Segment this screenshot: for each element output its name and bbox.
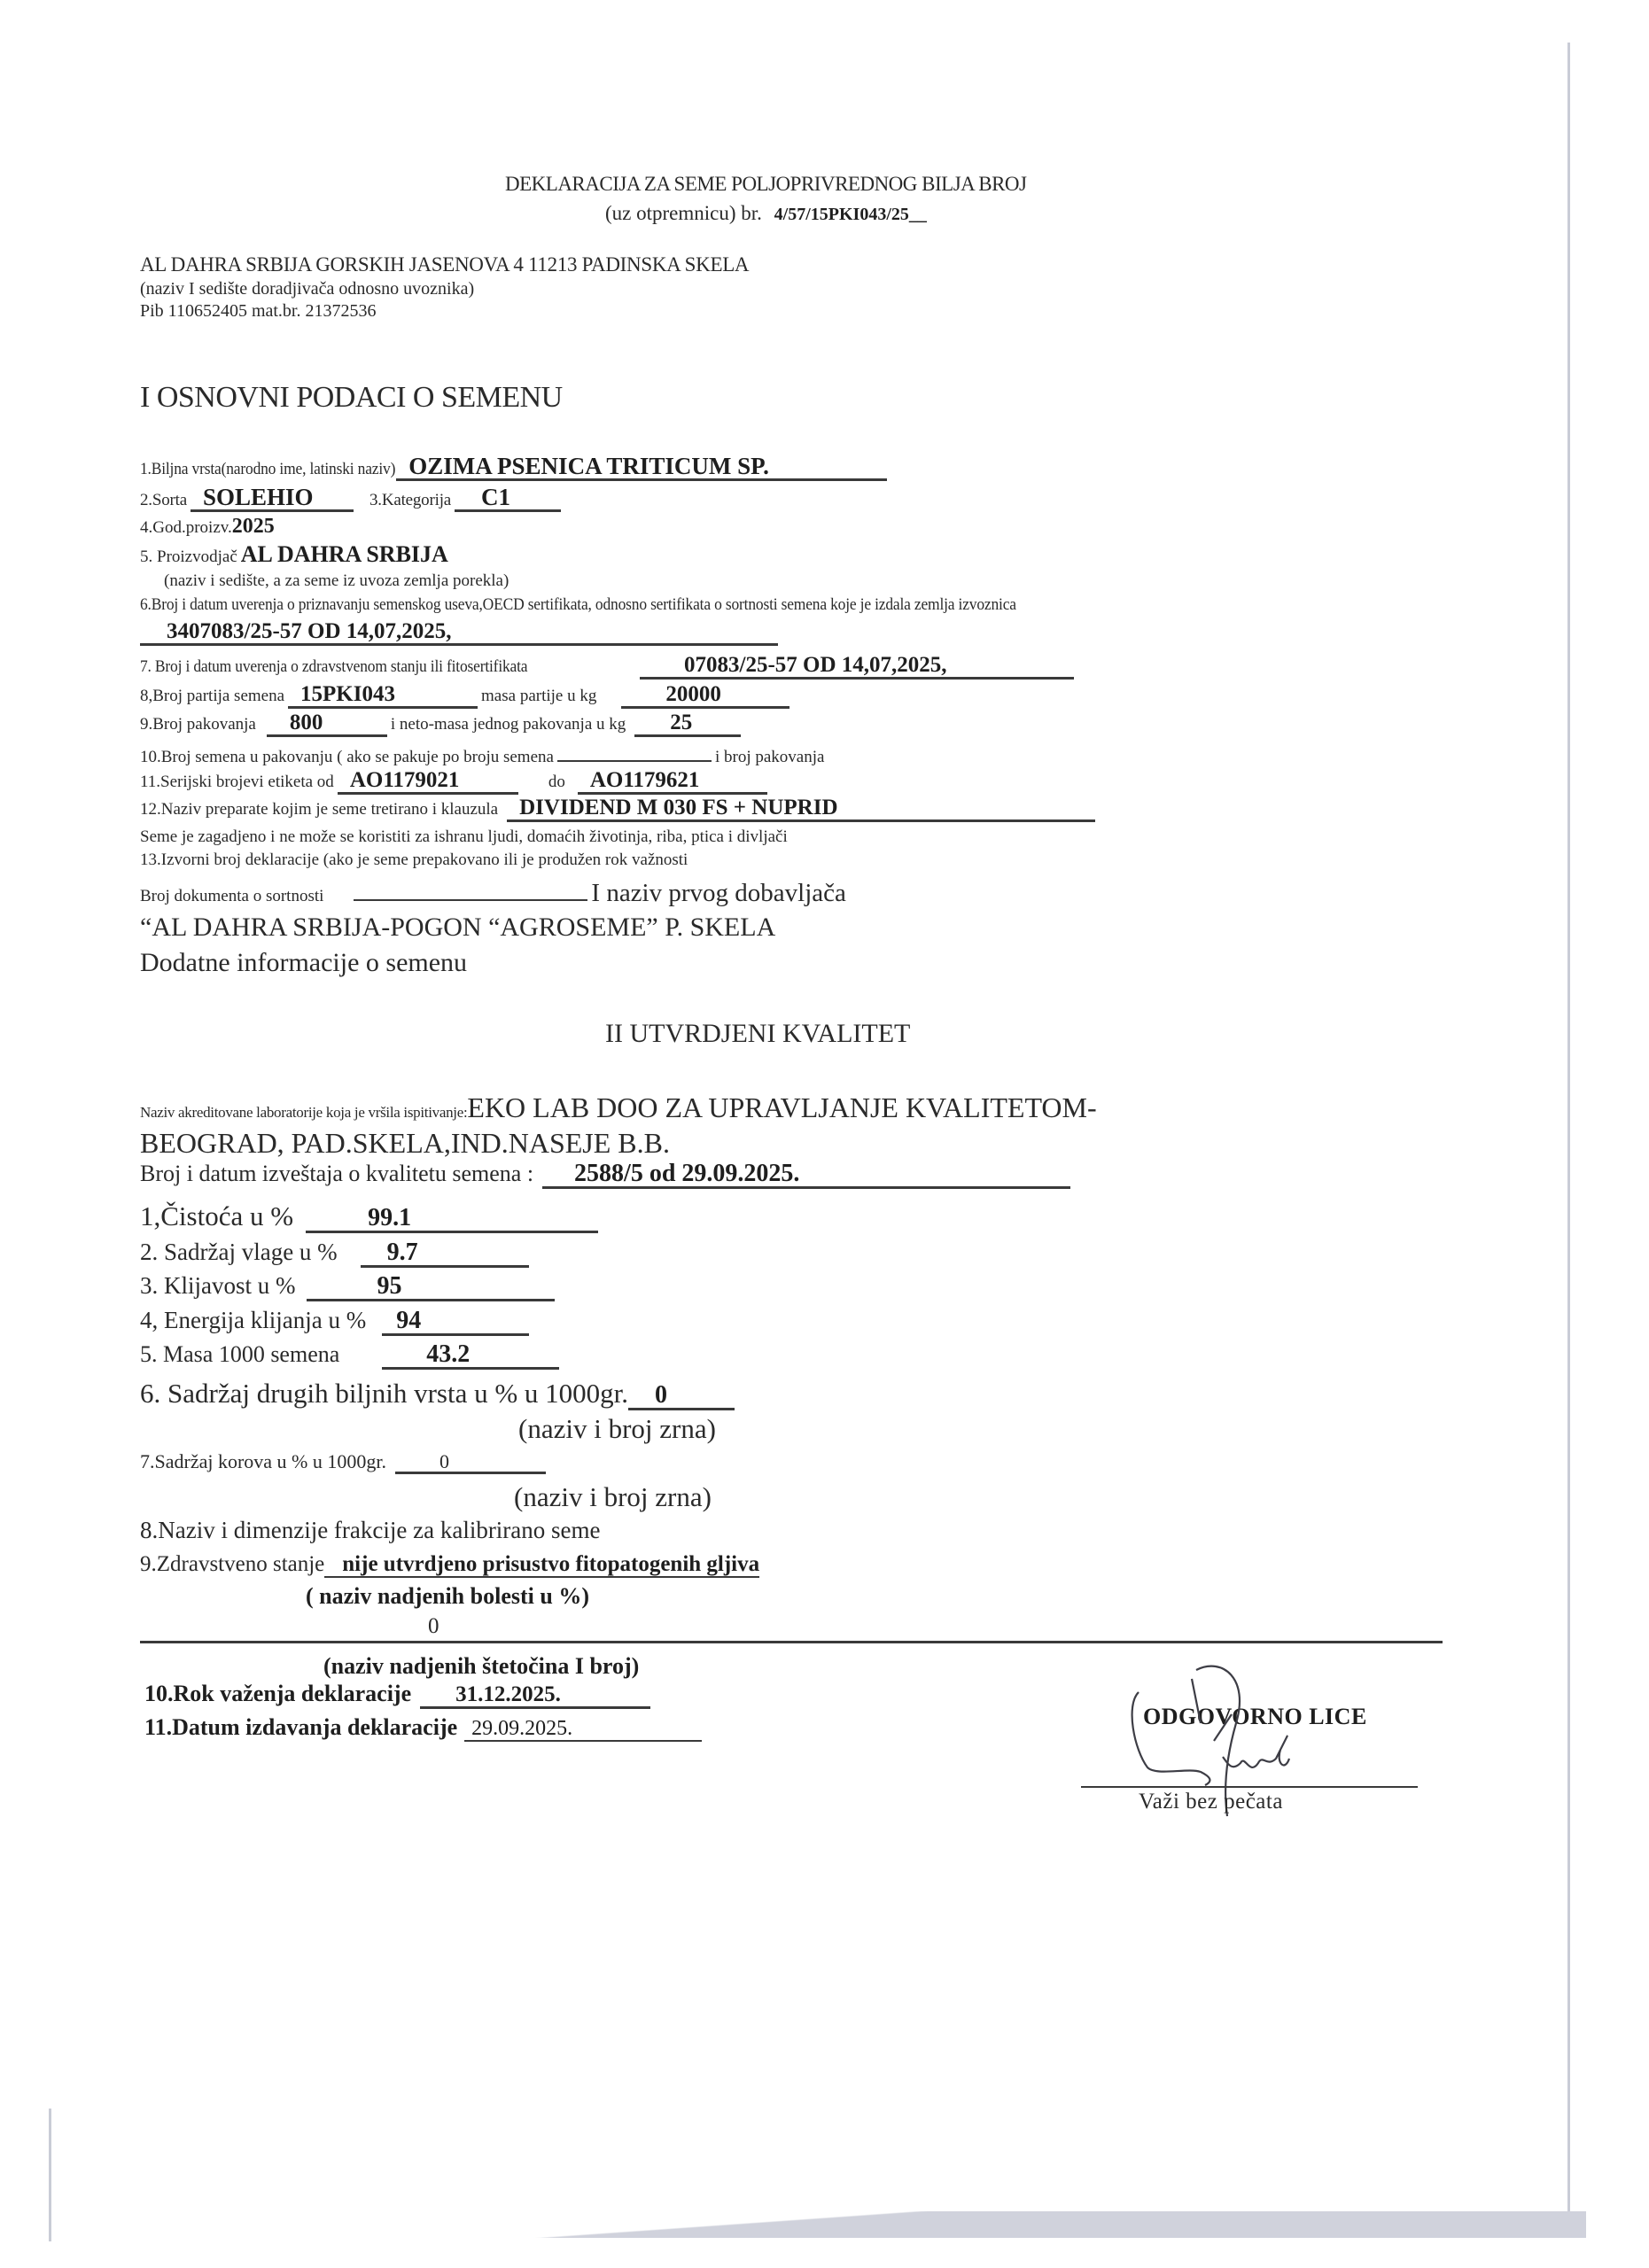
field-masa1000: 5. Masa 1000 semena 43.2 bbox=[140, 1341, 559, 1370]
label: 7.Sadržaj korova u % u 1000gr. bbox=[140, 1450, 386, 1472]
field-energija: 4, Energija klijanja u % 94 bbox=[140, 1307, 529, 1336]
label: i neto-masa jednog pakovanja u kg bbox=[391, 715, 626, 734]
godina-value: 2025 bbox=[232, 515, 275, 538]
biljna-vrsta-value: OZIMA PSENICA TRITICUM SP. bbox=[396, 454, 887, 481]
dispatch-number: 4/57/15PKI043/25__ bbox=[774, 205, 927, 224]
dokument-value bbox=[354, 880, 587, 901]
label: 11.Datum izdavanja deklaracije bbox=[144, 1714, 457, 1740]
label: 10.Rok važenja deklaracije bbox=[144, 1681, 411, 1706]
label: masa partije u kg bbox=[481, 687, 596, 705]
signature-note: Važi bez pečata bbox=[1139, 1790, 1283, 1814]
stetocine-value: 0 bbox=[428, 1614, 439, 1639]
field-proizvodjac: 5. Proizvodjač AL DAHRA SRBIJA bbox=[140, 541, 448, 568]
company-note: (naziv I sedište doradjivača odnosno uvo… bbox=[140, 279, 474, 299]
masa1000-value: 43.2 bbox=[382, 1341, 559, 1370]
label: 1,Čistoća u % bbox=[140, 1200, 293, 1231]
label: 5. Proizvodjač bbox=[140, 548, 237, 566]
datum-izdavanja-value: 29.09.2025. bbox=[464, 1718, 702, 1742]
korov-value: 0 bbox=[395, 1451, 546, 1474]
scan-edge-bottom bbox=[49, 2211, 1586, 2238]
field-cistoca: 1,Čistoća u % 99.1 bbox=[140, 1200, 598, 1233]
label: 1.Biljna vrsta(narodno ime, latinski naz… bbox=[140, 460, 395, 479]
neto-masa-value: 25 bbox=[634, 711, 741, 737]
field-uverenje-value: 3407083/25-57 OD 14,07,2025, bbox=[140, 620, 778, 646]
label: 4, Energija klijanja u % bbox=[140, 1307, 366, 1333]
label: 3. Klijavost u % bbox=[140, 1272, 296, 1299]
bolesti-note: ( naziv nadjenih bolesti u %) bbox=[306, 1583, 589, 1610]
field-pakovanja: 9.Broj pakovanja 800 i neto-masa jednog … bbox=[140, 711, 741, 737]
field-preparat: 12.Naziv preparate kojim je seme tretira… bbox=[140, 796, 1095, 822]
dobavljac-value: “AL DAHRA SRBIJA-POGON “AGROSEME” P. SKE… bbox=[140, 913, 775, 943]
label: 5. Masa 1000 semena bbox=[140, 1341, 339, 1367]
uverenje-label: 6.Broj i datum uverenja o priznavanju se… bbox=[140, 595, 1016, 615]
proizvodjac-note: (naziv i sedište, a za seme iz uvoza zem… bbox=[164, 571, 509, 591]
field-partija: 8,Broj partija semena 15PKI043 masa part… bbox=[140, 683, 789, 709]
section2-heading: II UTVRDJENI KVALITET bbox=[605, 1019, 910, 1049]
seed-warning: Seme je zagadjeno i ne može se koristiti… bbox=[140, 827, 788, 847]
dodatne-informacije: Dodatne informacije o semenu bbox=[140, 948, 467, 978]
label: Broj dokumenta o sortnosti bbox=[140, 887, 323, 905]
field-vlaga: 2. Sadržaj vlage u % 9.7 bbox=[140, 1239, 529, 1268]
company-address: AL DAHRA SRBIJA GORSKIH JASENOVA 4 11213… bbox=[140, 253, 749, 276]
field-dokument-sortnosti: Broj dokumenta o sortnosti I naziv prvog… bbox=[140, 879, 846, 908]
label: 2. Sadržaj vlage u % bbox=[140, 1239, 338, 1265]
label: 3.Kategorija bbox=[369, 491, 451, 510]
cistoca-value: 99.1 bbox=[306, 1205, 598, 1233]
sorta-value: SOLEHIO bbox=[191, 485, 354, 512]
serijski-od-value: AO1179021 bbox=[338, 769, 518, 795]
label: 2.Sorta bbox=[140, 491, 187, 510]
declaration-subtitle: (uz otpremnicu) br. 4/57/15PKI043/25__ bbox=[605, 202, 927, 225]
label: 12.Naziv preparate kojim je seme tretira… bbox=[140, 800, 498, 819]
signature-line bbox=[1081, 1786, 1418, 1788]
masa-partije-value: 20000 bbox=[621, 683, 789, 709]
label: 8,Broj partija semena bbox=[140, 687, 284, 705]
field-izvestaj: Broj i datum izveštaja o kvalitetu semen… bbox=[140, 1161, 1070, 1189]
izvestaj-value: 2588/5 od 29.09.2025. bbox=[542, 1161, 1070, 1189]
field-druge-vrste: 6. Sadržaj drugih biljnih vrsta u % u 10… bbox=[140, 1378, 735, 1410]
serijski-do-value: AO1179621 bbox=[578, 769, 767, 795]
section1-heading: I OSNOVNI PODACI O SEMENU bbox=[140, 381, 563, 415]
field-serijski: 11.Serijski brojevi etiketa od AO1179021… bbox=[140, 769, 767, 795]
laboratorija-value-2: BEOGRAD, PAD.SKELA,IND.NASEJE B.B. bbox=[140, 1127, 670, 1160]
field-korov: 7.Sadržaj korova u % u 1000gr. 0 bbox=[140, 1450, 546, 1474]
uverenje-value: 3407083/25-57 OD 14,07,2025, bbox=[140, 620, 778, 646]
field-klijavost: 3. Klijavost u % 95 bbox=[140, 1272, 555, 1301]
subtitle-label: (uz otpremnicu) br. bbox=[605, 202, 762, 224]
izvorni-broj-label: 13.Izvorni broj deklaracije (ako je seme… bbox=[140, 850, 688, 870]
partija-value: 15PKI043 bbox=[288, 683, 478, 709]
label: 9.Broj pakovanja bbox=[140, 715, 256, 734]
kategorija-value: C1 bbox=[455, 485, 561, 512]
vlaga-value: 9.7 bbox=[361, 1239, 529, 1268]
stetocine-note: (naziv nadjenih štetočina I broj) bbox=[323, 1653, 639, 1680]
label: 10.Broj semena u pakovanju ( ako se paku… bbox=[140, 748, 554, 766]
label: do bbox=[548, 773, 565, 791]
rok-vazenja-value: 31.12.2025. bbox=[420, 1683, 650, 1709]
field-rok-vazenja: 10.Rok važenja deklaracije 31.12.2025. bbox=[144, 1681, 650, 1709]
scan-edge-right bbox=[1567, 43, 1570, 2222]
field-godina: 4.God.proizv.2025 bbox=[140, 515, 275, 539]
label: Naziv akreditovane laboratorije koja je … bbox=[140, 1104, 467, 1121]
company-ids: Pib 110652405 mat.br. 21372536 bbox=[140, 301, 376, 322]
label: 4.God.proizv. bbox=[140, 518, 232, 537]
field-biljna-vrsta: 1.Biljna vrsta(narodno ime, latinski naz… bbox=[140, 454, 887, 481]
pakovanja-value: 800 bbox=[267, 711, 387, 737]
laboratorija-value-1: EKO LAB DOO ZA UPRAVLJANJE KVALITETOM- bbox=[467, 1091, 1096, 1123]
label: 11.Serijski brojevi etiketa od bbox=[140, 773, 334, 791]
naziv-broj-zrna-note-2: (naziv i broj zrna) bbox=[514, 1481, 712, 1513]
frakcija-label: 8.Naziv i dimenzije frakcije za kalibrir… bbox=[140, 1517, 601, 1544]
field-laboratorija: Naziv akreditovane laboratorije koja je … bbox=[140, 1091, 1097, 1124]
field-broj-semena: 10.Broj semena u pakovanju ( ako se paku… bbox=[140, 742, 824, 767]
stetocine-line bbox=[140, 1641, 1443, 1643]
label: 7. Broj i datum uverenja o zdravstvenom … bbox=[140, 657, 629, 677]
label: i broj pakovanja bbox=[715, 748, 824, 766]
preparat-value: DIVIDEND M 030 FS + NUPRID bbox=[507, 796, 1095, 822]
label: Broj i datum izveštaja o kvalitetu semen… bbox=[140, 1161, 533, 1186]
field-zdravstveno-uverenje: 7. Broj i datum uverenja o zdravstvenom … bbox=[140, 654, 1074, 680]
declaration-title: DEKLARACIJA ZA SEME POLJOPRIVREDNOG BILJ… bbox=[505, 173, 1026, 196]
label: 9.Zdravstveno stanje bbox=[140, 1552, 324, 1576]
proizvodjac-value: AL DAHRA SRBIJA bbox=[241, 541, 448, 567]
field-sorta-kategorija: 2.Sorta SOLEHIO 3.Kategorija C1 bbox=[140, 485, 561, 512]
energija-value: 94 bbox=[382, 1308, 529, 1336]
label: 6. Sadržaj drugih biljnih vrsta u % u 10… bbox=[140, 1378, 628, 1409]
druge-vrste-value: 0 bbox=[628, 1382, 735, 1410]
naziv-broj-zrna-note-1: (naziv i broj zrna) bbox=[518, 1413, 716, 1445]
zdravstveno-uverenje-value: 07083/25-57 OD 14,07,2025, bbox=[640, 654, 1074, 680]
zdravstveno-stanje-value: nije utvrdjeno prisustvo fitopatogenih g… bbox=[324, 1553, 759, 1578]
field-zdravstveno-stanje: 9.Zdravstveno stanjenije utvrdjeno prisu… bbox=[140, 1552, 759, 1578]
label: I naziv prvog dobavljača bbox=[591, 879, 845, 907]
field-datum-izdavanja: 11.Datum izdavanja deklaracije 29.09.202… bbox=[144, 1714, 702, 1742]
klijavost-value: 95 bbox=[307, 1273, 555, 1301]
broj-semena-value bbox=[557, 742, 712, 762]
